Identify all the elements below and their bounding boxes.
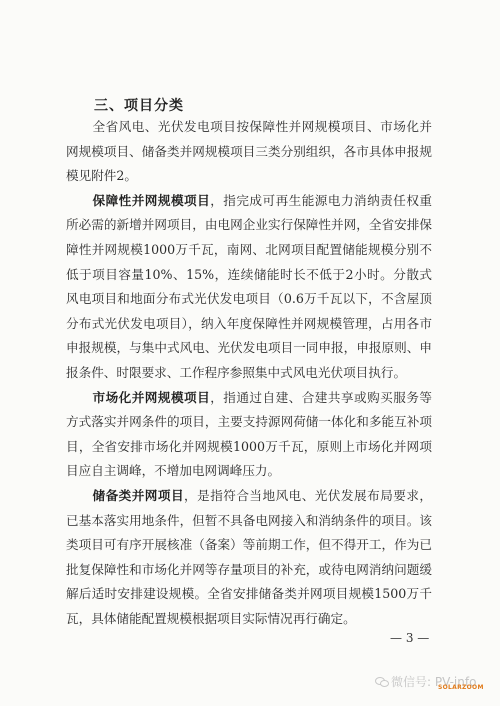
document-page: 三、项目分类 全省风电、光伏发电项目按保障性并网规模项目、市场化并网规模项目、储… [0, 0, 500, 706]
paragraph-text: ，是指符合当地风电、光伏发展布局要求，已基本落实用地条件，但暂不具备电网接入和消… [66, 488, 432, 626]
paragraph-market-grid: 市场化并网规模项目，指通过自建、合建共享或购买服务等方式落实并网条件的项目，主要… [66, 386, 432, 484]
paragraph-guaranteed-grid: 保障性并网规模项目，指完成可再生能源电力消纳责任权重所必需的新增并网项目，由电网… [66, 189, 432, 386]
paragraph-lead-term: 市场化并网规模项目 [93, 390, 211, 405]
page-number: — 3 — [390, 631, 429, 645]
paragraph-text: 全省风电、光伏发电项目按保障性并网规模项目、市场化并网规模项目、储备类并网规模项… [66, 119, 432, 183]
paragraph-lead-term: 保障性并网规模项目 [93, 193, 211, 208]
paragraph-lead-term: 储备类并网项目 [93, 488, 185, 503]
watermark-brand: SOLARZOOM [438, 684, 484, 691]
wechat-icon [375, 676, 388, 687]
section-heading: 三、项目分类 [94, 95, 184, 115]
paragraph-intro: 全省风电、光伏发电项目按保障性并网规模项目、市场化并网规模项目、储备类并网规模项… [66, 115, 432, 189]
document-body: 全省风电、光伏发电项目按保障性并网规模项目、市场化并网规模项目、储备类并网规模项… [66, 115, 432, 631]
paragraph-reserve-grid: 储备类并网项目，是指符合当地风电、光伏发展布局要求，已基本落实用地条件，但暂不具… [66, 484, 432, 632]
paragraph-text: ，指完成可再生能源电力消纳责任权重所必需的新增并网项目，由电网企业实行保障性并网… [66, 193, 432, 380]
